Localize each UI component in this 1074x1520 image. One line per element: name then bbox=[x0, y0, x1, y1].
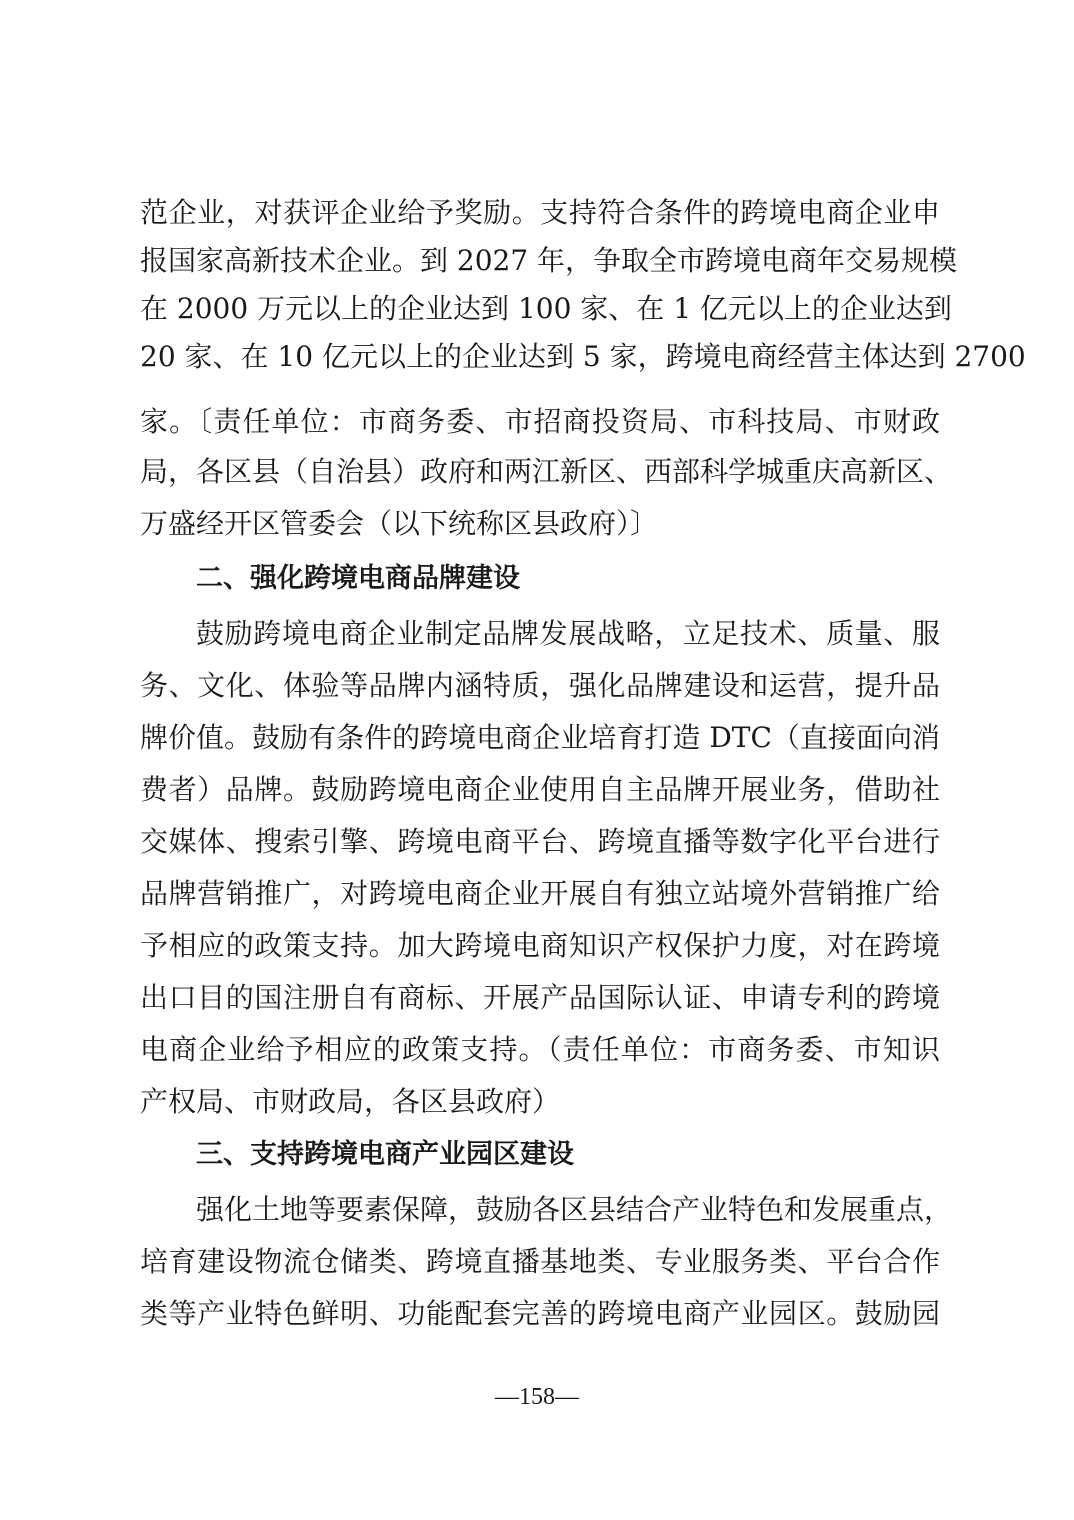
body-text-line: 交媒体、搜索引擎、跨境电商平台、跨境直播等数字化平台进行 bbox=[140, 822, 940, 862]
responsibility-note-line: 万盛经开区管委会（以下统称区县政府）〕 bbox=[140, 504, 940, 544]
body-text-line: 电商企业给予相应的政策支持。（责任单位：市商务委、市知识 bbox=[140, 1030, 940, 1070]
body-text-line: 牌价值。鼓励有条件的跨境电商企业培育打造 DTC（直接面向消 bbox=[140, 718, 940, 758]
body-text-line: 20 家、在 10 亿元以上的企业达到 5 家，跨境电商经营主体达到 2700 bbox=[140, 337, 940, 377]
body-text-line: 产权局、市财政局，各区县政府） bbox=[140, 1082, 940, 1122]
responsibility-note-line: 家。〔责任单位：市商务委、市招商投资局、市科技局、市财政 bbox=[140, 402, 940, 442]
body-text-line: 务、文化、体验等品牌内涵特质，强化品牌建设和运营，提升品 bbox=[140, 666, 940, 706]
body-text-line: 类等产业特色鲜明、功能配套完善的跨境电商产业园区。鼓励园 bbox=[140, 1294, 940, 1334]
body-text-line: 予相应的政策支持。加大跨境电商知识产权保护力度，对在跨境 bbox=[140, 926, 940, 966]
body-text-line: 报国家高新技术企业。到 2027 年，争取全市跨境电商年交易规模 bbox=[140, 241, 940, 281]
document-page: 范企业，对获评企业给予奖励。支持符合条件的跨境电商企业申 报国家高新技术企业。到… bbox=[0, 0, 1074, 1520]
section-heading-2: 二、强化跨境电商品牌建设 bbox=[196, 559, 940, 599]
body-text-line: 强化土地等要素保障，鼓励各区县结合产业特色和发展重点， bbox=[196, 1190, 940, 1230]
page-number: —158— bbox=[0, 1384, 1074, 1411]
body-text-line: 出口目的国注册自有商标、开展产品国际认证、申请专利的跨境 bbox=[140, 978, 940, 1018]
body-text-line: 鼓励跨境电商企业制定品牌发展战略，立足技术、质量、服 bbox=[196, 614, 940, 654]
body-text-line: 在 2000 万元以上的企业达到 100 家、在 1 亿元以上的企业达到 bbox=[140, 289, 940, 329]
body-text-line: 培育建设物流仓储类、跨境直播基地类、专业服务类、平台合作 bbox=[140, 1242, 940, 1282]
body-text-line: 范企业，对获评企业给予奖励。支持符合条件的跨境电商企业申 bbox=[140, 193, 940, 233]
body-text-line: 品牌营销推广，对跨境电商企业开展自有独立站境外营销推广给 bbox=[140, 874, 940, 914]
section-heading-3: 三、支持跨境电商产业园区建设 bbox=[196, 1135, 940, 1175]
body-text-line: 费者）品牌。鼓励跨境电商企业使用自主品牌开展业务，借助社 bbox=[140, 770, 940, 810]
responsibility-note-line: 局，各区县（自治县）政府和两江新区、西部科学城重庆高新区、 bbox=[140, 452, 940, 492]
